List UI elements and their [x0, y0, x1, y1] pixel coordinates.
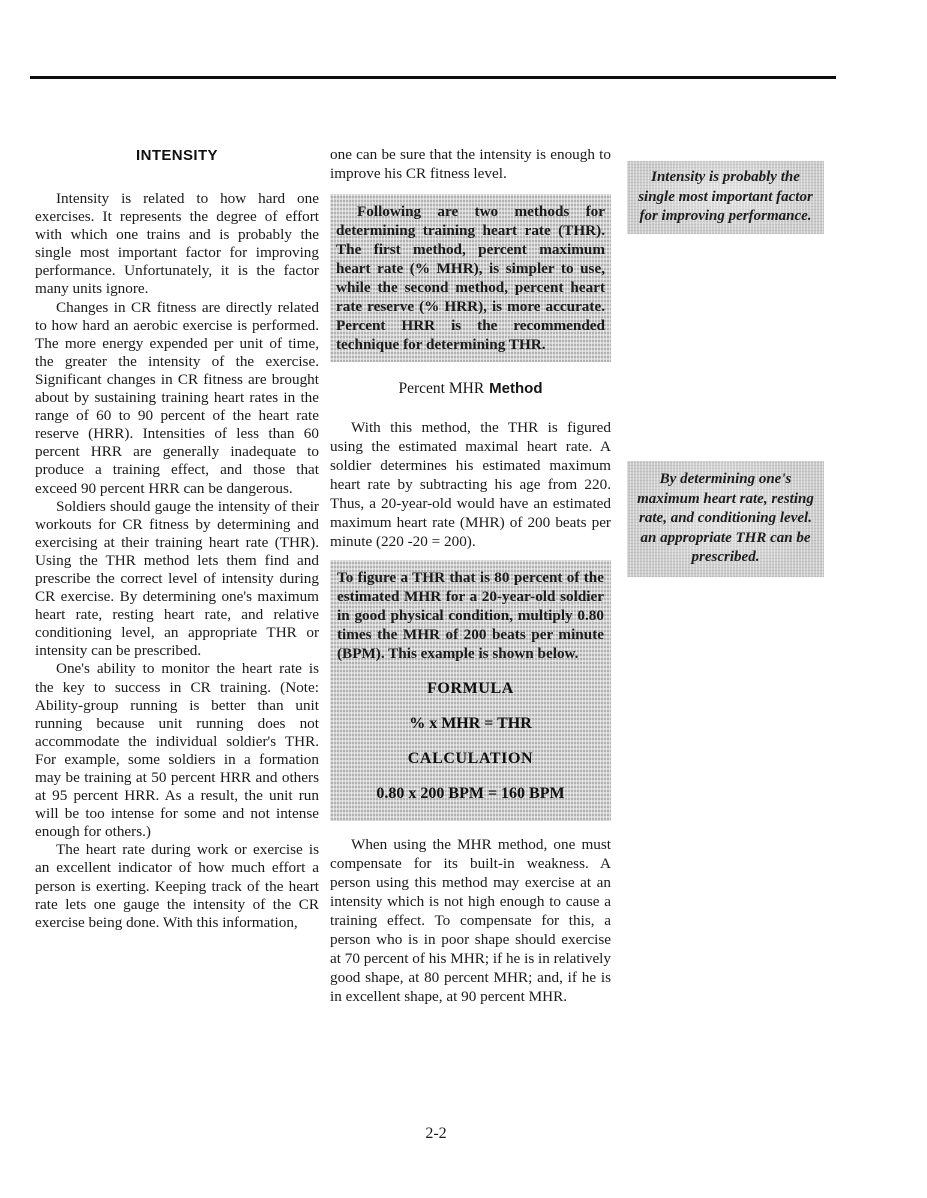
paragraph-continuation: one can be sure that the intensity is en… — [330, 145, 611, 183]
page-number: 2-2 — [0, 1125, 872, 1143]
calculation-label: CALCULATION — [337, 750, 604, 768]
heading-prefix: Percent MHR — [399, 380, 485, 397]
section-heading-intensity: INTENSITY — [35, 147, 319, 164]
paragraph-monitor-heart-rate: One's ability to monitor the heart rate … — [35, 660, 319, 841]
shaded-example-box: To figure a THR that is 80 percent of th… — [330, 560, 611, 821]
paragraph-mhr-weakness: When using the MHR method, one must comp… — [330, 835, 611, 1006]
calculation-expression: 0.80 x 200 BPM = 160 BPM — [337, 785, 604, 803]
left-column: INTENSITY Intensity is related to how ha… — [35, 147, 319, 932]
paragraph-intensity-intro: Intensity is related to how hard one exe… — [35, 190, 319, 299]
pull-quote-intensity-text: Intensity is probably the single most im… — [631, 168, 820, 227]
shaded-note-two-methods: Following are two methods for determinin… — [330, 194, 611, 362]
pull-quote-thr: By determining one's maximum heart rate,… — [627, 461, 824, 577]
paragraph-mhr-method: With this method, the THR is figured usi… — [330, 418, 611, 551]
header-rule — [30, 76, 836, 79]
example-text: To figure a THR that is 80 percent of th… — [337, 568, 604, 663]
formula-expression: % x MHR = THR — [337, 715, 604, 733]
paragraph-cr-fitness-changes: Changes in CR fitness are directly relat… — [35, 299, 319, 498]
pull-quote-thr-text: By determining one's maximum heart rate,… — [631, 470, 820, 568]
paragraph-gauge-intensity: Soldiers should gauge the intensity of t… — [35, 498, 319, 661]
subsection-heading-percent-mhr-method: Percent MHRMethod — [330, 380, 611, 398]
document-page: INTENSITY Intensity is related to how ha… — [0, 0, 927, 1198]
pull-quote-intensity: Intensity is probably the single most im… — [627, 161, 824, 234]
shaded-note-text: Following are two methods for determinin… — [336, 202, 605, 354]
formula-label: FORMULA — [337, 680, 604, 698]
paragraph-heart-rate-indicator: The heart rate during work or exercise i… — [35, 841, 319, 931]
heading-emphasis: Method — [489, 380, 542, 397]
middle-column: one can be sure that the intensity is en… — [330, 145, 611, 1006]
